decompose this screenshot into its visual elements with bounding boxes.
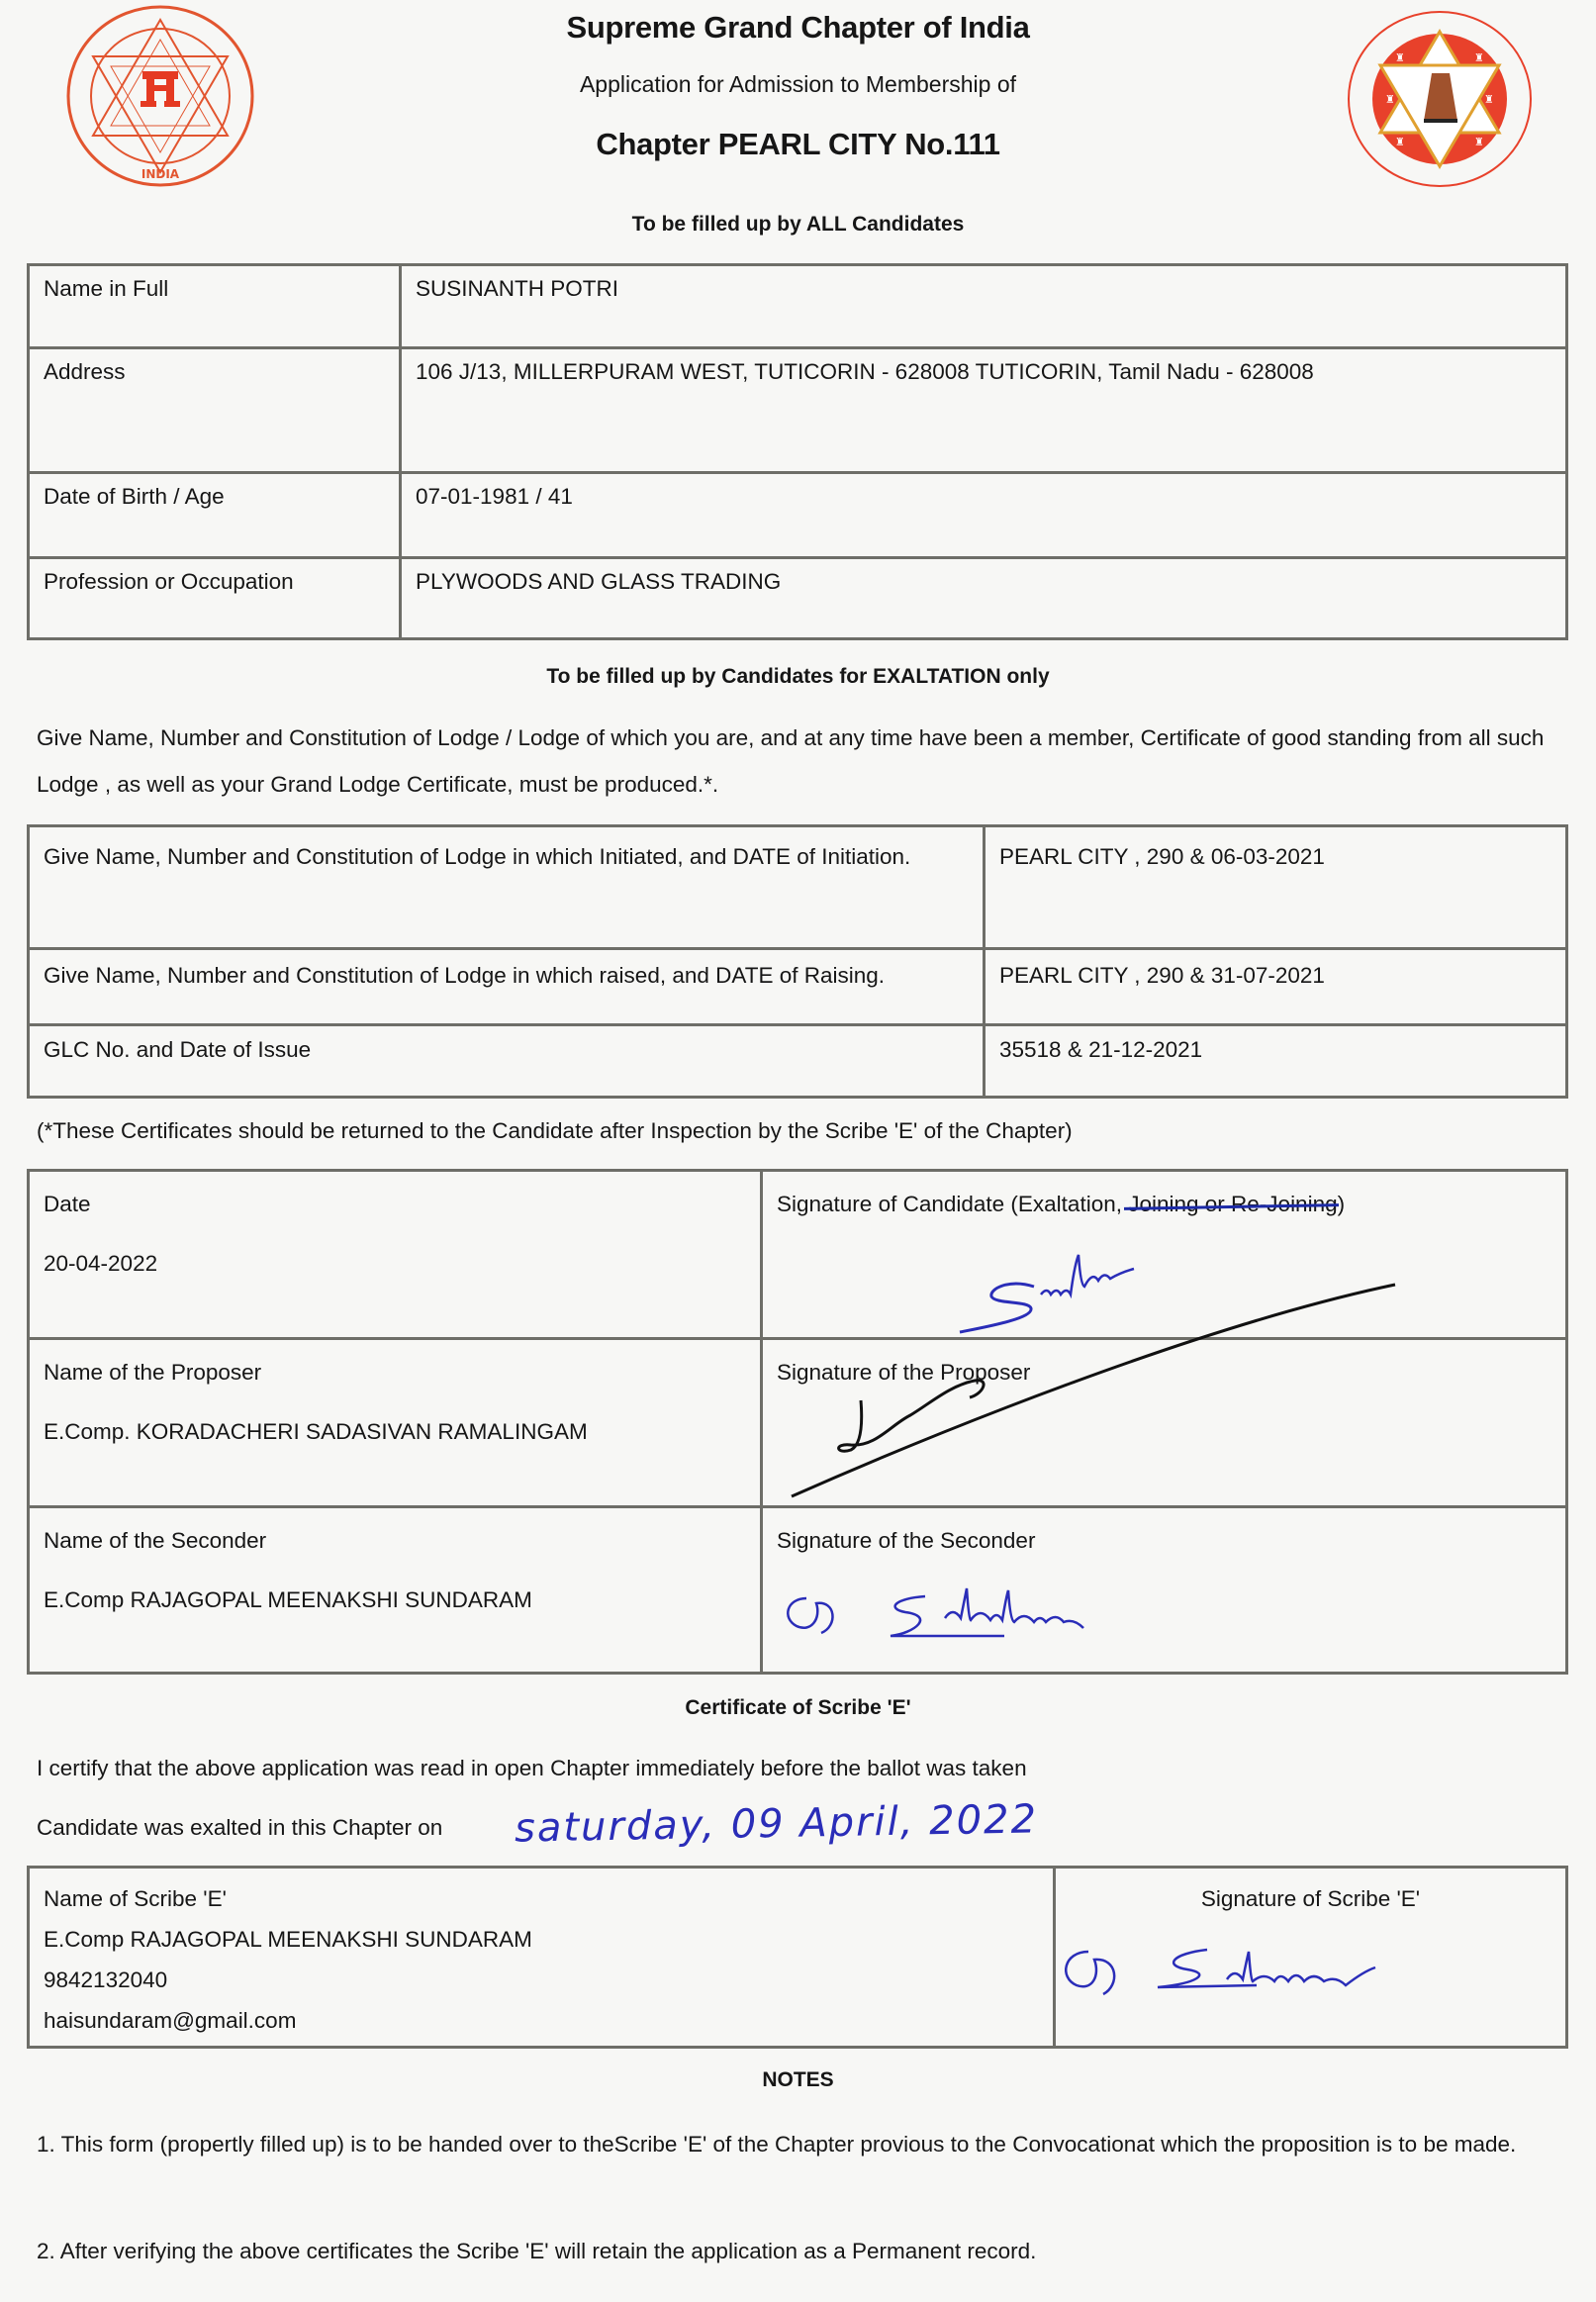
table-row: Name of the Proposer E.Comp. KORADACHERI… <box>29 1339 1567 1507</box>
proposer-cell: Name of the Proposer E.Comp. KORADACHERI… <box>29 1339 762 1507</box>
document-subtitle: Application for Admission to Membership … <box>0 71 1596 98</box>
chapter-name: Chapter PEARL CITY No.111 <box>0 127 1596 162</box>
glc-label: GLC No. and Date of Issue <box>29 1025 985 1098</box>
proposer-signature-label: Signature of the Proposer <box>777 1360 1030 1385</box>
candidate-signature-cell[interactable]: Signature of Candidate (Exaltation, Join… <box>762 1171 1567 1339</box>
exaltation-instructions: Give Name, Number and Constitution of Lo… <box>37 715 1565 808</box>
date-cell: Date 20-04-2022 <box>29 1171 762 1339</box>
svg-text:♜: ♜ <box>1474 51 1484 64</box>
document-title: Supreme Grand Chapter of India <box>0 10 1596 46</box>
candidate-signature-label: Signature of Candidate (Exaltation, Join… <box>777 1192 1345 1216</box>
table-row: Give Name, Number and Constitution of Lo… <box>29 949 1567 1025</box>
candidate-details-table: Name in Full SUSINANTH POTRI Address 106… <box>27 263 1568 640</box>
seconder-cell: Name of the Seconder E.Comp RAJAGOPAL ME… <box>29 1507 762 1674</box>
address-field[interactable]: 106 J/13, MILLERPURAM WEST, TUTICORIN - … <box>401 348 1567 473</box>
initiation-field[interactable]: PEARL CITY , 290 & 06-03-2021 <box>985 826 1567 949</box>
initiation-label: Give Name, Number and Constitution of Lo… <box>29 826 985 949</box>
svg-text:♜: ♜ <box>1395 51 1405 64</box>
struck-out-text: Joining or Re-Joining <box>1128 1192 1337 1216</box>
scribe-name-label: Name of Scribe 'E' <box>44 1878 1039 1919</box>
table-row: Name of the Seconder E.Comp RAJAGOPAL ME… <box>29 1507 1567 1674</box>
dob-age-field[interactable]: 07-01-1981 / 41 <box>401 473 1567 558</box>
certify-statement: I certify that the above application was… <box>37 1756 1027 1781</box>
address-label: Address <box>29 348 401 473</box>
name-label: Name in Full <box>29 265 401 348</box>
certificates-footnote: (*These Certificates should be returned … <box>37 1118 1073 1144</box>
exalted-date-label: Candidate was exalted in this Chapter on <box>37 1815 442 1841</box>
scribe-phone-field[interactable]: 9842132040 <box>44 1960 1039 2000</box>
profession-label: Profession or Occupation <box>29 558 401 639</box>
section-heading-exaltation: To be filled up by Candidates for EXALTA… <box>0 665 1596 689</box>
scribe-name-field[interactable]: E.Comp RAJAGOPAL MEENAKSHI SUNDARAM <box>44 1919 1039 1960</box>
scribe-table: Name of Scribe 'E' E.Comp RAJAGOPAL MEEN… <box>27 1866 1568 2049</box>
proposer-signature-cell[interactable]: Signature of the Proposer <box>762 1339 1567 1507</box>
signatures-table: Date 20-04-2022 Signature of Candidate (… <box>27 1169 1568 1675</box>
scribe-certificate-heading: Certificate of Scribe 'E' <box>0 1696 1596 1720</box>
scribe-details-cell: Name of Scribe 'E' E.Comp RAJAGOPAL MEEN… <box>29 1868 1055 2048</box>
note-item-2: 2. After verifying the above certificate… <box>37 2228 1565 2274</box>
section-heading-all-candidates: To be filled up by ALL Candidates <box>0 213 1596 237</box>
table-row: Name in Full SUSINANTH POTRI <box>29 265 1567 348</box>
table-row: Date 20-04-2022 Signature of Candidate (… <box>29 1171 1567 1339</box>
seconder-signature-cell[interactable]: Signature of the Seconder <box>762 1507 1567 1674</box>
exalted-date-handwritten[interactable]: saturday, 09 April, 2022 <box>515 1796 1039 1851</box>
dob-age-label: Date of Birth / Age <box>29 473 401 558</box>
profession-field[interactable]: PLYWOODS AND GLASS TRADING <box>401 558 1567 639</box>
name-field[interactable]: SUSINANTH POTRI <box>401 265 1567 348</box>
raising-label: Give Name, Number and Constitution of Lo… <box>29 949 985 1025</box>
seconder-name-field[interactable]: E.Comp RAJAGOPAL MEENAKSHI SUNDARAM <box>44 1587 746 1613</box>
seconder-label: Name of the Seconder <box>44 1528 746 1554</box>
scribe-email-field[interactable]: haisundaram@gmail.com <box>44 2000 1039 2041</box>
scribe-signature-label: Signature of Scribe 'E' <box>1201 1886 1420 1911</box>
table-row: Date of Birth / Age 07-01-1981 / 41 <box>29 473 1567 558</box>
chapter-prefix: Chapter PEARL CITY <box>596 127 896 161</box>
raising-field[interactable]: PEARL CITY , 290 & 31-07-2021 <box>985 949 1567 1025</box>
date-field[interactable]: 20-04-2022 <box>44 1251 746 1277</box>
seconder-signature-label: Signature of the Seconder <box>777 1528 1035 1553</box>
date-label: Date <box>44 1192 746 1217</box>
table-row: Give Name, Number and Constitution of Lo… <box>29 826 1567 949</box>
note-item-1: 1. This form (propertly filled up) is to… <box>37 2121 1565 2167</box>
table-row: Address 106 J/13, MILLERPURAM WEST, TUTI… <box>29 348 1567 473</box>
lodge-details-table: Give Name, Number and Constitution of Lo… <box>27 824 1568 1099</box>
table-row: Profession or Occupation PLYWOODS AND GL… <box>29 558 1567 639</box>
table-row: Name of Scribe 'E' E.Comp RAJAGOPAL MEEN… <box>29 1868 1567 2048</box>
glc-field[interactable]: 35518 & 21-12-2021 <box>985 1025 1567 1098</box>
table-row: GLC No. and Date of Issue 35518 & 21-12-… <box>29 1025 1567 1098</box>
chapter-number: No.111 <box>904 127 999 161</box>
svg-text:INDIA: INDIA <box>141 167 180 181</box>
proposer-name-field[interactable]: E.Comp. KORADACHERI SADASIVAN RAMALINGAM <box>44 1419 746 1445</box>
notes-heading: NOTES <box>0 2068 1596 2092</box>
scribe-signature-cell[interactable]: Signature of Scribe 'E' <box>1055 1868 1567 2048</box>
proposer-label: Name of the Proposer <box>44 1360 746 1386</box>
